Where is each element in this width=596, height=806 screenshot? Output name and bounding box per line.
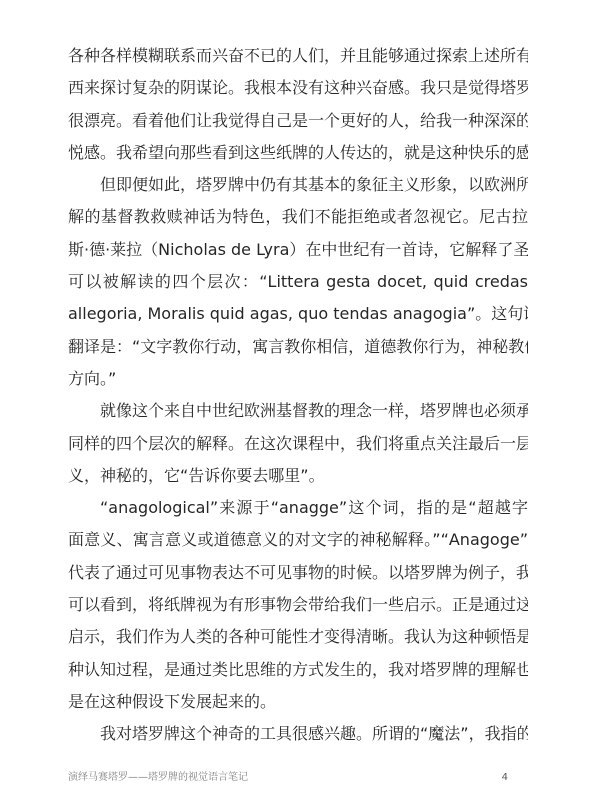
text-line: 同样的四个层次的解释。在这次课程中，我们将重点关注最后一层含 [68, 428, 528, 460]
body-text: 各种各样模糊联系而兴奋不已的人们，并且能够通过探索上述所有东 西来探讨复杂的阴谋… [68, 40, 528, 751]
text-line: allegoria, Moralis quid agas, quo tendas… [68, 298, 528, 330]
text-line: 代表了通过可见事物表达不可见事物的时候。以塔罗牌为例子，我们 [68, 557, 528, 589]
text-line: 但即便如此，塔罗牌中仍有其基本的象征主义形象，以欧洲所理 [68, 169, 528, 201]
text-line: 悦感。我希望向那些看到这些纸牌的人传达的，就是这种快乐的感觉。 [68, 137, 528, 169]
text-line: 可以看到，将纸牌视为有形事物会带给我们一些启示。正是通过这种 [68, 589, 528, 621]
text-line: “anagological”来源于“anagge”这个词，指的是“超越字 [68, 492, 528, 524]
text-line: 西来探讨复杂的阴谋论。我根本没有这种兴奋感。我只是觉得塔罗牌 [68, 72, 528, 104]
text-line: 各种各样模糊联系而兴奋不已的人们，并且能够通过探索上述所有东 [68, 40, 528, 72]
text-line: 我对塔罗牌这个神奇的工具很感兴趣。所谓的“魔法”，我指的 [68, 718, 528, 750]
text-line: 斯·德·莱拉（Nicholas de Lyra）在中世纪有一首诗，它解释了圣经 [68, 234, 528, 266]
footer-title: 演绎马赛塔罗——塔罗牌的视觉语言笔记 [68, 770, 248, 786]
page-footer: 演绎马赛塔罗——塔罗牌的视觉语言笔记 4 [68, 770, 528, 786]
text-line: 方向。” [68, 363, 528, 395]
text-line: 翻译是：“文字教你行动，寓言教你相信，道德教你行为，神秘教你 [68, 331, 528, 363]
text-line: 是在这种假设下发展起来的。 [68, 686, 528, 718]
text-line: 面意义、寓言意义或道德意义的对文字的神秘解释。”“Anagoge” [68, 524, 528, 556]
text-line: 就像这个来自中世纪欧洲基督教的理念一样，塔罗牌也必须承认 [68, 395, 528, 427]
text-line: 义，神秘的，它“告诉你要去哪里”。 [68, 460, 528, 492]
text-line: 可以被解读的四个层次：“Littera gesta docet, quid cr… [68, 266, 528, 298]
document-page: 各种各样模糊联系而兴奋不已的人们，并且能够通过探索上述所有东 西来探讨复杂的阴谋… [0, 0, 596, 806]
text-line: 启示，我们作为人类的各种可能性才变得清晰。我认为这种顿悟是一 [68, 621, 528, 653]
text-line: 很漂亮。看着他们让我觉得自己是一个更好的人，给我一种深深的喜 [68, 105, 528, 137]
page-number: 4 [502, 770, 528, 786]
text-line: 种认知过程，是通过类比思维的方式发生的，我对塔罗牌的理解也正 [68, 654, 528, 686]
text-line: 解的基督教救赎神话为特色，我们不能拒绝或者忽视它。尼古拉 [68, 201, 528, 233]
